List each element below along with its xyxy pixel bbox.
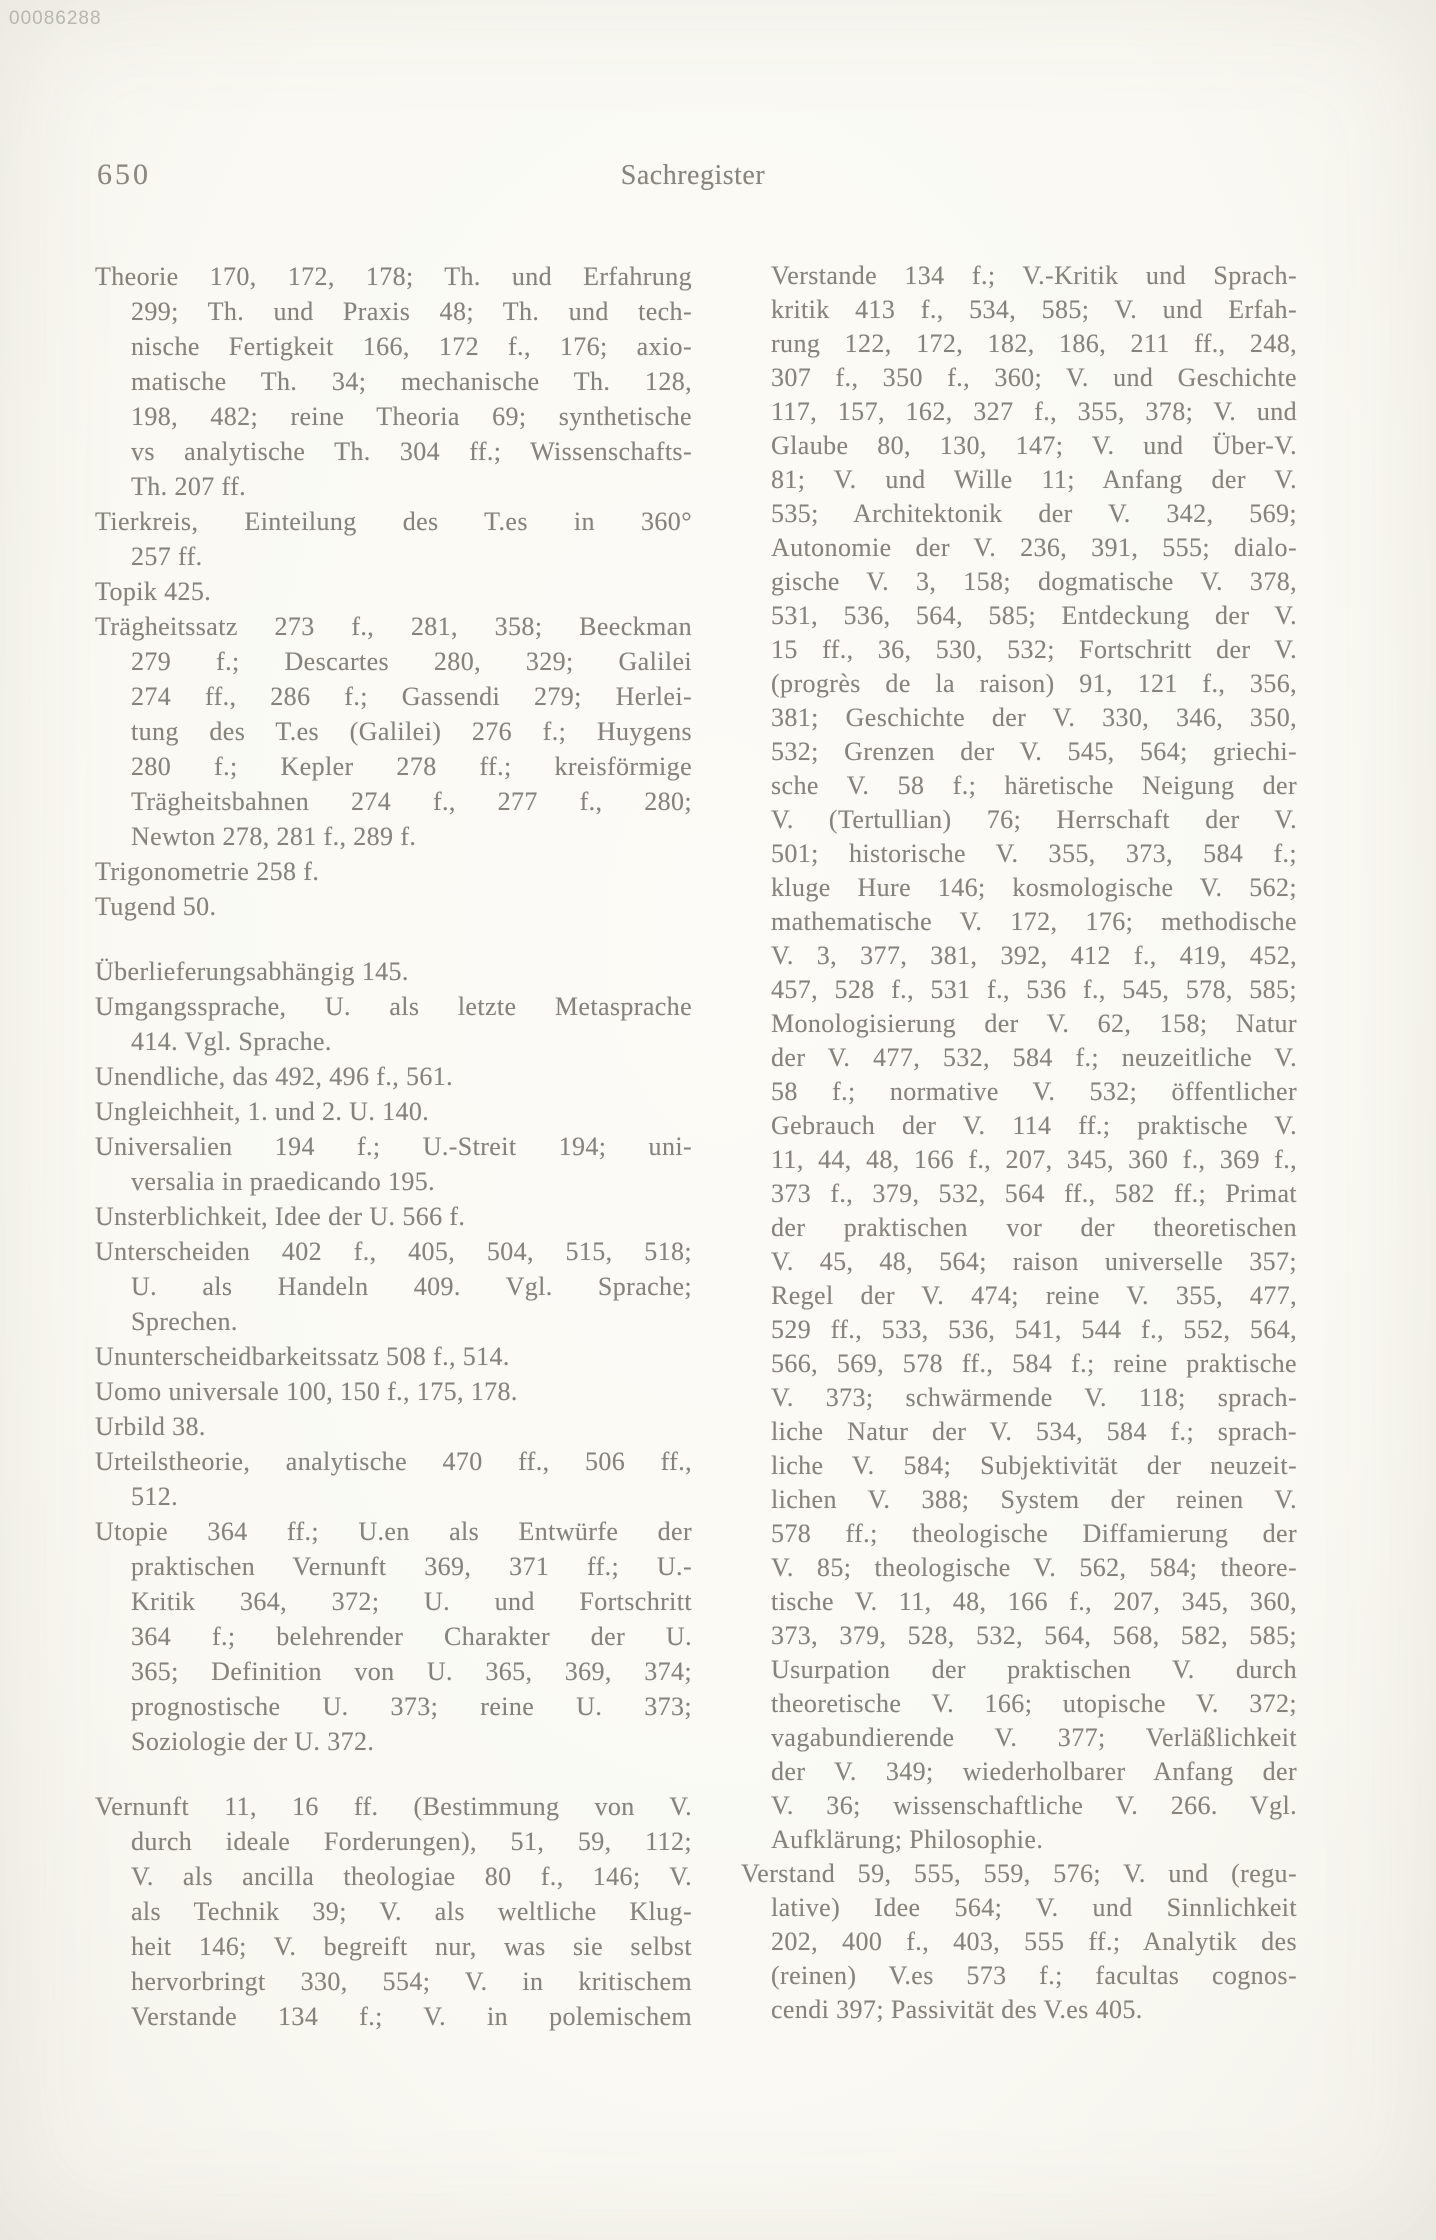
index-line: 373, 379, 528, 532, 564, 568, 582, 585; xyxy=(741,1619,1297,1653)
index-line: Urteilstheorie, analytische 470 ff., 506… xyxy=(95,1444,692,1479)
index-entry: Tierkreis, Einteilung des T.es in 360°25… xyxy=(95,504,692,574)
index-line: 512. xyxy=(95,1479,692,1514)
index-entry: Ungleichheit, 1. und 2. U. 140. xyxy=(95,1094,692,1129)
index-line: Topik 425. xyxy=(95,574,692,609)
index-line: V. 45, 48, 564; raison universelle 357; xyxy=(741,1245,1297,1279)
index-line: Autonomie der V. 236, 391, 555; dialo- xyxy=(741,531,1297,565)
index-line: tische V. 11, 48, 166 f., 207, 345, 360, xyxy=(741,1585,1297,1619)
index-line: Kritik 364, 372; U. und Fortschritt xyxy=(95,1584,692,1619)
index-line: der praktischen vor der theoretischen xyxy=(741,1211,1297,1245)
scan-stamp: 00086288 xyxy=(9,8,102,30)
entry-gap xyxy=(95,1759,692,1789)
entry-gap xyxy=(95,924,692,954)
index-line: 299; Th. und Praxis 48; Th. und tech- xyxy=(95,294,692,329)
index-line: 81; V. und Wille 11; Anfang der V. xyxy=(741,463,1297,497)
index-line: kluge Hure 146; kosmologische V. 562; xyxy=(741,871,1297,905)
index-line: Th. 207 ff. xyxy=(95,469,692,504)
index-line: 414. Vgl. Sprache. xyxy=(95,1024,692,1059)
index-entry: Vernunft 11, 16 ff. (Bestimmung von V.du… xyxy=(95,1789,692,2034)
index-entry: Verstand 59, 555, 559, 576; V. und (regu… xyxy=(741,1857,1297,2027)
index-entry: Urteilstheorie, analytische 470 ff., 506… xyxy=(95,1444,692,1514)
index-line: U. als Handeln 409. Vgl. Sprache; xyxy=(95,1269,692,1304)
index-line: Ununterscheidbarkeitssatz 508 f., 514. xyxy=(95,1339,692,1374)
index-line: Universalien 194 f.; U.-Streit 194; uni- xyxy=(95,1129,692,1164)
index-line: matische Th. 34; mechanische Th. 128, xyxy=(95,364,692,399)
index-line: 117, 157, 162, 327 f., 355, 378; V. und xyxy=(741,395,1297,429)
index-line: Aufklärung; Philosophie. xyxy=(741,1823,1297,1857)
index-entry: Tugend 50. xyxy=(95,889,692,924)
index-line: sche V. 58 f.; häretische Neigung der xyxy=(741,769,1297,803)
index-line: Überlieferungsabhängig 145. xyxy=(95,954,692,989)
index-line: vagabundierende V. 377; Verläßlichkeit xyxy=(741,1721,1297,1755)
index-line: der V. 349; wiederholbarer Anfang der xyxy=(741,1755,1297,1789)
index-line: Umgangssprache, U. als letzte Metasprach… xyxy=(95,989,692,1024)
index-line: Ungleichheit, 1. und 2. U. 140. xyxy=(95,1094,692,1129)
index-line: 529 ff., 533, 536, 541, 544 f., 552, 564… xyxy=(741,1313,1297,1347)
index-line: liche Natur der V. 534, 584 f.; sprach- xyxy=(741,1415,1297,1449)
index-line: 202, 400 f., 403, 555 ff.; Analytik des xyxy=(741,1925,1297,1959)
index-line: Vernunft 11, 16 ff. (Bestimmung von V. xyxy=(95,1789,692,1824)
index-line: Tugend 50. xyxy=(95,889,692,924)
index-line: hervorbringt 330, 554; V. in kritischem xyxy=(95,1964,692,1999)
index-line: cendi 397; Passivität des V.es 405. xyxy=(741,1993,1297,2027)
index-entry: Unterscheiden 402 f., 405, 504, 515, 518… xyxy=(95,1234,692,1339)
index-line: V. 373; schwärmende V. 118; sprach- xyxy=(741,1381,1297,1415)
index-line: Utopie 364 ff.; U.en als Entwürfe der xyxy=(95,1514,692,1549)
index-line: 365; Definition von U. 365, 369, 374; xyxy=(95,1654,692,1689)
index-entry: Theorie 170, 172, 178; Th. und Erfahrung… xyxy=(95,259,692,504)
index-line: praktischen Vernunft 369, 371 ff.; U.- xyxy=(95,1549,692,1584)
index-entry: Utopie 364 ff.; U.en als Entwürfe derpra… xyxy=(95,1514,692,1759)
index-line: Usurpation der praktischen V. durch xyxy=(741,1653,1297,1687)
index-line: Monologisierung der V. 62, 158; Natur xyxy=(741,1007,1297,1041)
index-line: 307 f., 350 f., 360; V. und Geschichte xyxy=(741,361,1297,395)
index-line: 58 f.; normative V. 532; öffentlicher xyxy=(741,1075,1297,1109)
index-line: Unterscheiden 402 f., 405, 504, 515, 518… xyxy=(95,1234,692,1269)
index-entry: Verstande 134 f.; V.-Kritik und Sprach-k… xyxy=(741,259,1297,1857)
index-line: vs analytische Th. 304 ff.; Wissenschaft… xyxy=(95,434,692,469)
index-line: 531, 536, 564, 585; Entdeckung der V. xyxy=(741,599,1297,633)
index-line: Unsterblichkeit, Idee der U. 566 f. xyxy=(95,1199,692,1234)
index-line: versalia in praedicando 195. xyxy=(95,1164,692,1199)
index-entry: Topik 425. xyxy=(95,574,692,609)
index-entry: Unendliche, das 492, 496 f., 561. xyxy=(95,1059,692,1094)
index-line: 373 f., 379, 532, 564 ff., 582 ff.; Prim… xyxy=(741,1177,1297,1211)
index-line: theoretische V. 166; utopische V. 372; xyxy=(741,1687,1297,1721)
index-line: (reinen) V.es 573 f.; facultas cognos- xyxy=(741,1959,1297,1993)
index-line: Tierkreis, Einteilung des T.es in 360° xyxy=(95,504,692,539)
index-line: Verstande 134 f.; V.-Kritik und Sprach- xyxy=(741,259,1297,293)
index-line: prognostische U. 373; reine U. 373; xyxy=(95,1689,692,1724)
index-line: kritik 413 f., 534, 585; V. und Erfah- xyxy=(741,293,1297,327)
index-line: nische Fertigkeit 166, 172 f., 176; axio… xyxy=(95,329,692,364)
index-line: 15 ff., 36, 530, 532; Fortschritt der V. xyxy=(741,633,1297,667)
index-line: tung des T.es (Galilei) 276 f.; Huygens xyxy=(95,714,692,749)
index-line: heit 146; V. begreift nur, was sie selbs… xyxy=(95,1929,692,1964)
index-line: Glaube 80, 130, 147; V. und Über-V. xyxy=(741,429,1297,463)
index-line: 457, 528 f., 531 f., 536 f., 545, 578, 5… xyxy=(741,973,1297,1007)
index-entry: Urbild 38. xyxy=(95,1409,692,1444)
page-title: Sachregister xyxy=(95,160,1291,192)
index-entry: Überlieferungsabhängig 145. xyxy=(95,954,692,989)
index-line: durch ideale Forderungen), 51, 59, 112; xyxy=(95,1824,692,1859)
index-line: V. als ancilla theologiae 80 f., 146; V. xyxy=(95,1859,692,1894)
index-entry: Universalien 194 f.; U.-Streit 194; uni-… xyxy=(95,1129,692,1199)
index-line: lichen V. 388; System der reinen V. xyxy=(741,1483,1297,1517)
index-line: lative) Idee 564; V. und Sinnlichkeit xyxy=(741,1891,1297,1925)
index-line: Verstand 59, 555, 559, 576; V. und (regu… xyxy=(741,1857,1297,1891)
index-line: 532; Grenzen der V. 545, 564; griechi- xyxy=(741,735,1297,769)
index-line: Trägheitssatz 273 f., 281, 358; Beeckman xyxy=(95,609,692,644)
index-line: (progrès de la raison) 91, 121 f., 356, xyxy=(741,667,1297,701)
page-header: 650 Sachregister xyxy=(95,158,1291,200)
index-line: Unendliche, das 492, 496 f., 561. xyxy=(95,1059,692,1094)
index-line: Newton 278, 281 f., 289 f. xyxy=(95,819,692,854)
index-line: gische V. 3, 158; dogmatische V. 378, xyxy=(741,565,1297,599)
index-line: Trigonometrie 258 f. xyxy=(95,854,692,889)
index-line: 566, 569, 578 ff., 584 f.; reine praktis… xyxy=(741,1347,1297,1381)
index-line: V. (Tertullian) 76; Herrschaft der V. xyxy=(741,803,1297,837)
index-line: 11, 44, 48, 166 f., 207, 345, 360 f., 36… xyxy=(741,1143,1297,1177)
index-line: liche V. 584; Subjektivität der neuzeit- xyxy=(741,1449,1297,1483)
index-line: V. 85; theologische V. 562, 584; theore- xyxy=(741,1551,1297,1585)
index-line: 274 ff., 286 f.; Gassendi 279; Herlei- xyxy=(95,679,692,714)
left-column: Theorie 170, 172, 178; Th. und Erfahrung… xyxy=(95,259,692,2034)
index-line: Regel der V. 474; reine V. 355, 477, xyxy=(741,1279,1297,1313)
index-line: Verstande 134 f.; V. in polemischem xyxy=(95,1999,692,2034)
index-line: Urbild 38. xyxy=(95,1409,692,1444)
index-line: rung 122, 172, 182, 186, 211 ff., 248, xyxy=(741,327,1297,361)
document-page: 00086288 650 Sachregister Theorie 170, 1… xyxy=(0,0,1436,2240)
index-line: V. 36; wissenschaftliche V. 266. Vgl. xyxy=(741,1789,1297,1823)
right-column: Verstande 134 f.; V.-Kritik und Sprach-k… xyxy=(741,259,1297,2027)
index-entry: Trägheitssatz 273 f., 281, 358; Beeckman… xyxy=(95,609,692,854)
index-line: 280 f.; Kepler 278 ff.; kreisförmige xyxy=(95,749,692,784)
index-line: 279 f.; Descartes 280, 329; Galilei xyxy=(95,644,692,679)
index-line: Sprechen. xyxy=(95,1304,692,1339)
index-line: 381; Geschichte der V. 330, 346, 350, xyxy=(741,701,1297,735)
index-line: der V. 477, 532, 584 f.; neuzeitliche V. xyxy=(741,1041,1297,1075)
index-line: 535; Architektonik der V. 342, 569; xyxy=(741,497,1297,531)
index-line: 257 ff. xyxy=(95,539,692,574)
index-entry: Unsterblichkeit, Idee der U. 566 f. xyxy=(95,1199,692,1234)
index-entry: Uomo universale 100, 150 f., 175, 178. xyxy=(95,1374,692,1409)
index-line: 198, 482; reine Theoria 69; synthetische xyxy=(95,399,692,434)
index-line: Gebrauch der V. 114 ff.; praktische V. xyxy=(741,1109,1297,1143)
index-line: V. 3, 377, 381, 392, 412 f., 419, 452, xyxy=(741,939,1297,973)
index-line: Soziologie der U. 372. xyxy=(95,1724,692,1759)
index-line: Trägheitsbahnen 274 f., 277 f., 280; xyxy=(95,784,692,819)
index-line: 501; historische V. 355, 373, 584 f.; xyxy=(741,837,1297,871)
index-line: Theorie 170, 172, 178; Th. und Erfahrung xyxy=(95,259,692,294)
index-line: 578 ff.; theologische Diffamierung der xyxy=(741,1517,1297,1551)
index-entry: Umgangssprache, U. als letzte Metasprach… xyxy=(95,989,692,1059)
index-entry: Ununterscheidbarkeitssatz 508 f., 514. xyxy=(95,1339,692,1374)
index-line: mathematische V. 172, 176; methodische xyxy=(741,905,1297,939)
index-line: als Technik 39; V. als weltliche Klug- xyxy=(95,1894,692,1929)
index-entry: Trigonometrie 258 f. xyxy=(95,854,692,889)
index-line: Uomo universale 100, 150 f., 175, 178. xyxy=(95,1374,692,1409)
index-line: 364 f.; belehrender Charakter der U. xyxy=(95,1619,692,1654)
